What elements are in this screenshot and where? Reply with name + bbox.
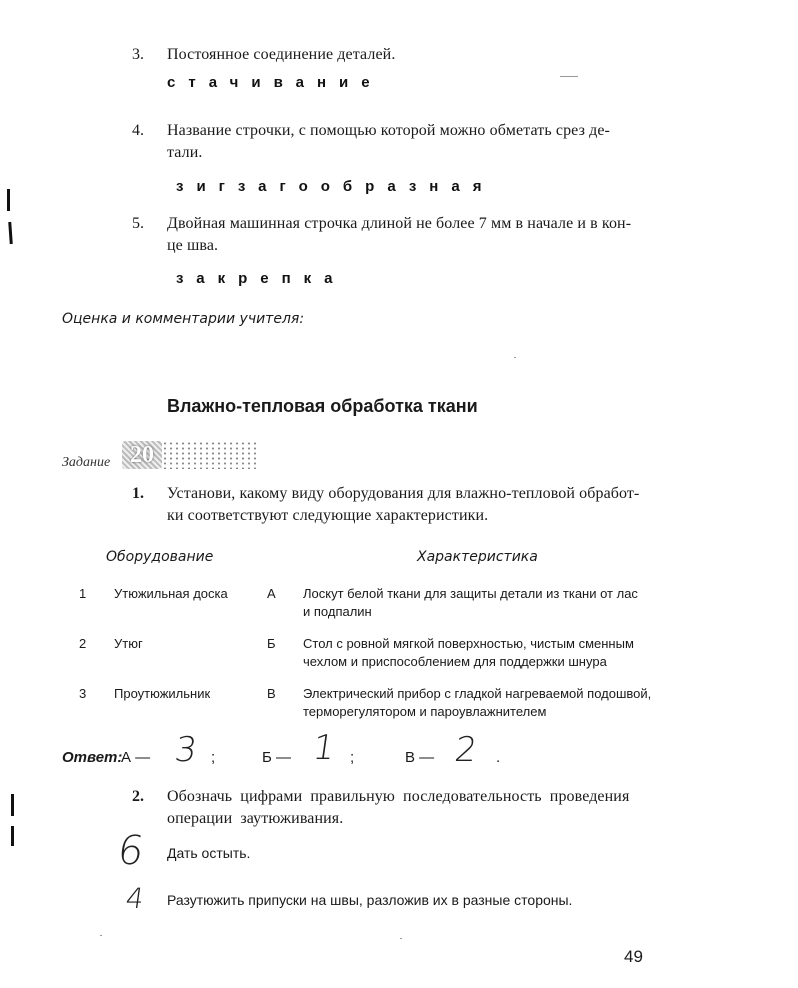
question-answer-field[interactable]: закрепка: [176, 270, 346, 287]
question-number: 2.: [132, 788, 144, 806]
question-text-line: тали.: [167, 142, 610, 164]
task-number-badge: 20: [122, 441, 162, 469]
question-text-line: Название строчки, с помощью которой можн…: [167, 120, 610, 142]
answer-b-prefix: Б —: [262, 749, 291, 766]
question-number: 5.: [132, 215, 144, 233]
row-characteristic-line: и подпалин: [303, 603, 638, 621]
row-equipment: Утюг: [114, 635, 143, 653]
question-text: Название строчки, с помощью которой можн…: [167, 120, 610, 164]
row-letter: А: [267, 585, 276, 603]
question-text-line: це шва.: [167, 235, 631, 257]
answer-label: Ответ:: [62, 749, 122, 766]
answer-v-suffix: .: [496, 749, 500, 766]
question-text-line: Двойная машинная строчка длиной не более…: [167, 213, 631, 235]
question-answer-field[interactable]: стачивание: [167, 74, 383, 91]
row-equipment: Проутюжильник: [114, 685, 210, 703]
row-number: 1: [79, 585, 86, 603]
decorative-dot-pattern: [162, 441, 257, 469]
question-text: Установи, какому виду оборудования для в…: [167, 483, 639, 527]
answer-b-suffix: ;: [350, 749, 354, 766]
row-characteristic-line: Электрический прибор с гладкой нагреваем…: [303, 685, 651, 703]
row-characteristic-line: Лоскут белой ткани для защиты детали из …: [303, 585, 638, 603]
row-characteristic-line: терморегулятором и пароувлажнителем: [303, 703, 651, 721]
step-order-value[interactable]: 6: [115, 828, 147, 874]
answer-v-value[interactable]: 2: [452, 730, 479, 770]
question-text-line: операции заутюживания.: [167, 808, 629, 830]
answer-a-suffix: ;: [211, 749, 215, 766]
answer-b-value[interactable]: 1: [310, 728, 337, 768]
row-letter: В: [267, 685, 276, 703]
answer-a-value[interactable]: 3: [172, 730, 199, 770]
question-text: Двойная машинная строчка длиной не более…: [167, 213, 631, 257]
row-equipment: Утюжильная доска: [114, 585, 228, 603]
section-title: Влажно-тепловая обработка ткани: [167, 396, 478, 417]
teacher-comment-label: Оценка и комментарии учителя:: [62, 311, 304, 327]
page-number: 49: [624, 947, 643, 967]
answer-a-prefix: А —: [121, 749, 150, 766]
row-characteristic-line: Стол с ровной мягкой поверхностью, чисты…: [303, 635, 634, 653]
question-number: 1.: [132, 485, 144, 503]
step-text: Разутюжить припуски на швы, разложив их …: [167, 892, 572, 908]
question-text-line: ки соответствуют следующие характеристик…: [167, 505, 639, 527]
row-characteristic: Лоскут белой ткани для защиты детали из …: [303, 585, 638, 621]
scan-artifact: [560, 76, 578, 77]
margin-mark: [11, 826, 14, 846]
scan-artifact: [514, 357, 516, 358]
row-characteristic-line: чехлом и приспособлением для поддержки ш…: [303, 653, 634, 671]
task-label: Задание: [62, 455, 110, 471]
row-number: 3: [79, 685, 86, 703]
row-letter: Б: [267, 635, 276, 653]
row-number: 2: [79, 635, 86, 653]
row-characteristic: Стол с ровной мягкой поверхностью, чисты…: [303, 635, 634, 671]
answer-v-prefix: В —: [405, 749, 434, 766]
margin-mark: [8, 222, 13, 244]
row-characteristic: Электрический прибор с гладкой нагреваем…: [303, 685, 651, 721]
table-header-characteristic: Характеристика: [417, 549, 538, 565]
scan-artifact: [400, 938, 402, 939]
question-number: 3.: [132, 46, 144, 64]
question-text: Обозначь цифрами правильную последовател…: [167, 786, 629, 830]
scan-artifact: [100, 935, 102, 936]
table-header-equipment: Оборудование: [106, 549, 213, 565]
question-text: Постоянное соединение деталей.: [167, 44, 395, 66]
step-text: Дать остыть.: [167, 845, 250, 861]
question-text-line: Обозначь цифрами правильную последовател…: [167, 786, 629, 808]
question-answer-field[interactable]: зигзагообразная: [176, 178, 494, 195]
margin-mark: [11, 794, 14, 816]
question-number: 4.: [132, 122, 144, 140]
margin-mark: [7, 189, 10, 211]
question-text-line: Установи, какому виду оборудования для в…: [167, 483, 639, 505]
step-order-value[interactable]: 4: [124, 882, 146, 915]
question-text-line: Постоянное соединение деталей.: [167, 44, 395, 66]
